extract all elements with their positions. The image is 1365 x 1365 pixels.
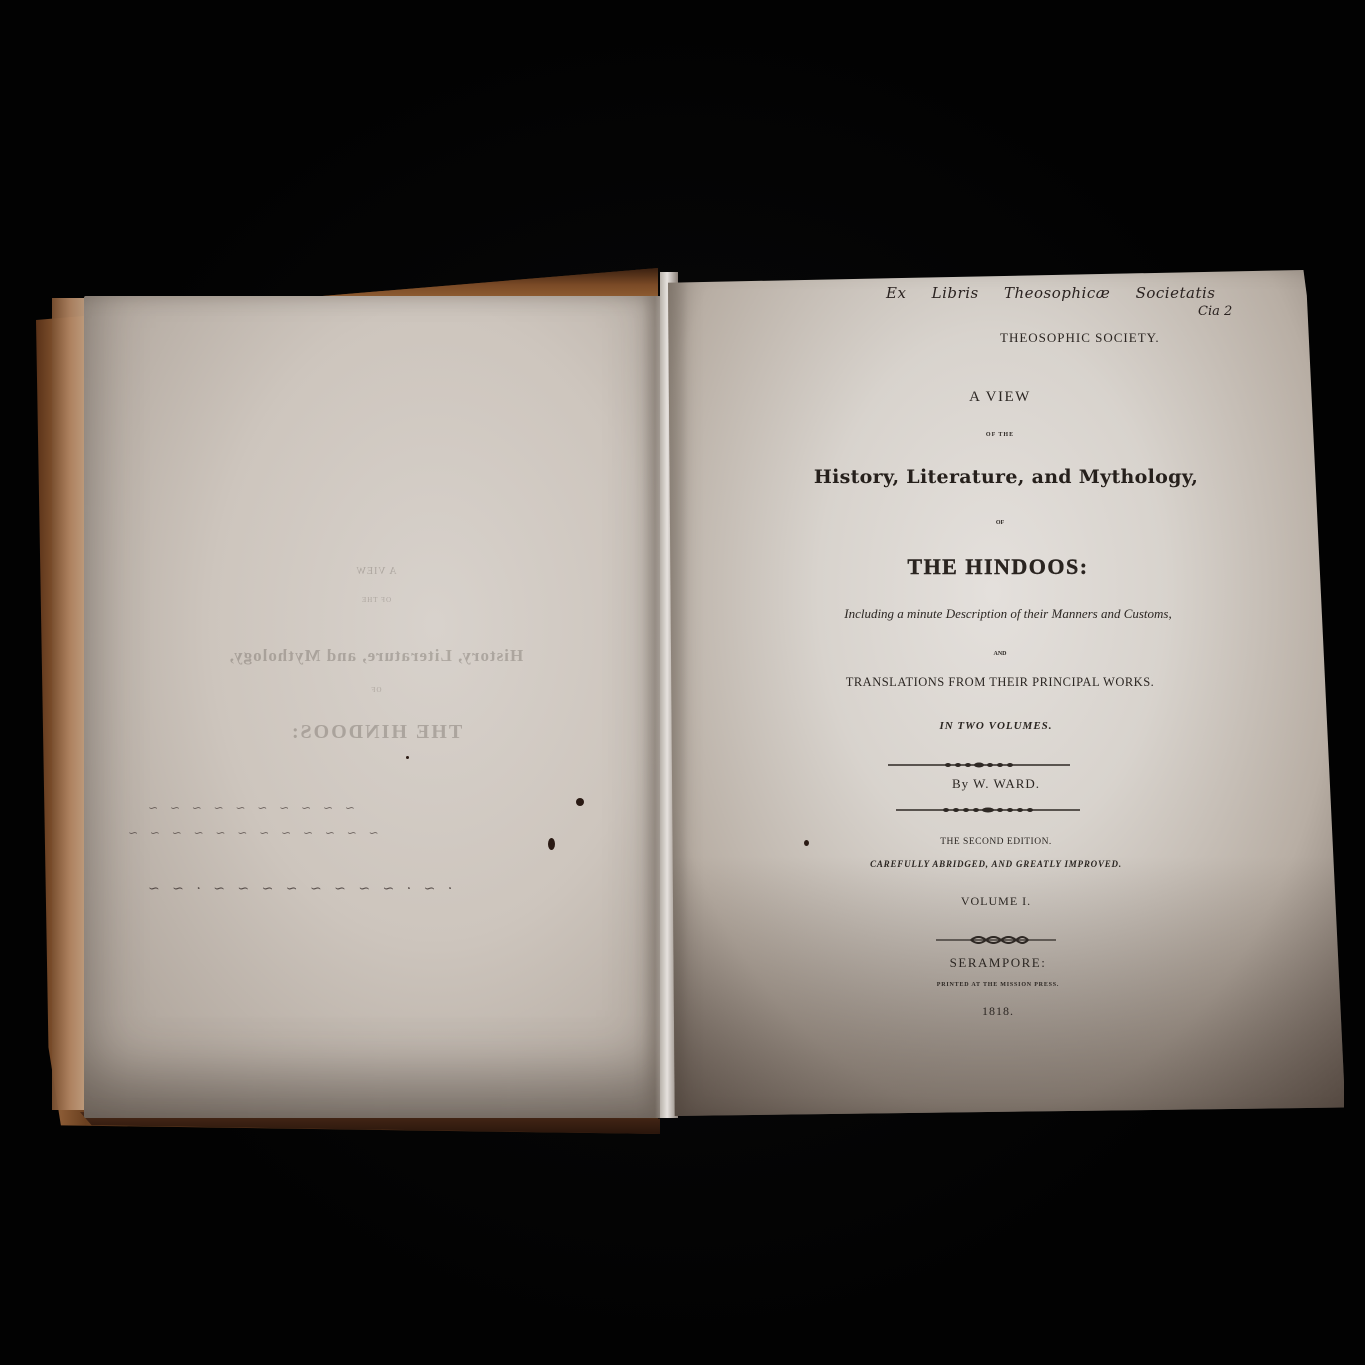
dark-background: A VIEW OF THE History, Literature, and M… <box>0 0 1365 1365</box>
printer-line: PRINTED AT THE MISSION PRESS. <box>660 982 1336 988</box>
edition-note: CAREFULLY ABRIDGED, AND GREATLY IMPROVED… <box>658 859 1334 869</box>
ornamental-rule-top <box>888 762 1070 766</box>
handwriting-bleed-1: ~ ~ ~ ~ ~ ~ ~ ~ ~ ~ <box>144 801 355 815</box>
main-title: THE HINDOOS: <box>660 554 1336 580</box>
library-stamp: THEOSOPHIC SOCIETY. <box>1000 330 1160 346</box>
title-a-view: A VIEW <box>662 389 1338 406</box>
volume-line: VOLUME I. <box>658 894 1334 909</box>
subtitle: Including a minute Description of their … <box>670 606 1346 622</box>
place-line: SERAMPORE: <box>660 955 1336 971</box>
volumes-line: IN TWO VOLUMES. <box>658 720 1334 732</box>
year-line: 1818. <box>660 1004 1336 1019</box>
title-and: AND <box>662 651 1338 657</box>
title-of-the: OF THE <box>662 432 1338 438</box>
bleed-through-main-title: THE HINDOOS: <box>84 721 668 744</box>
translations-line: TRANSLATIONS FROM THEIR PRINCIPAL WORKS. <box>662 675 1338 690</box>
bleed-through-of-the: OF THE <box>84 596 668 604</box>
ink-spot <box>576 798 584 806</box>
title-subject: History, Literature, and Mythology, <box>668 466 1344 488</box>
ink-spot <box>406 756 409 759</box>
handwriting-bleed-3: · ~ · ~ ~ ~ ~ ~ ~ ~ ~ · ~ ~ <box>144 881 452 897</box>
bleed-through-a-view: A VIEW <box>84 566 668 577</box>
left-endpaper: A VIEW OF THE History, Literature, and M… <box>84 296 668 1118</box>
handwriting-bleed-2: ~ ~ ~ ~ ~ ~ ~ ~ ~ ~ ~ ~ <box>124 826 379 840</box>
ink-spot <box>804 840 809 846</box>
twisted-rope-rule <box>936 936 1056 940</box>
bleed-through-subject: History, Literature, and Mythology, <box>84 646 668 666</box>
author-line: By W. WARD. <box>658 776 1334 792</box>
edition-line: THE SECOND EDITION. <box>658 837 1334 847</box>
ornamental-rule-bottom <box>896 807 1080 811</box>
title-page: Ex Libris Theosophicæ Societatis Cia 2 T… <box>668 270 1344 1116</box>
ex-libris-inscription: Ex Libris Theosophicæ Societatis <box>886 284 1215 302</box>
bleed-through-of: OF <box>84 686 668 694</box>
ink-spot <box>548 838 555 850</box>
inscription-shelfmark: Cia 2 <box>1198 304 1232 319</box>
cover-top-edge <box>36 268 658 296</box>
title-of: OF <box>662 520 1338 526</box>
